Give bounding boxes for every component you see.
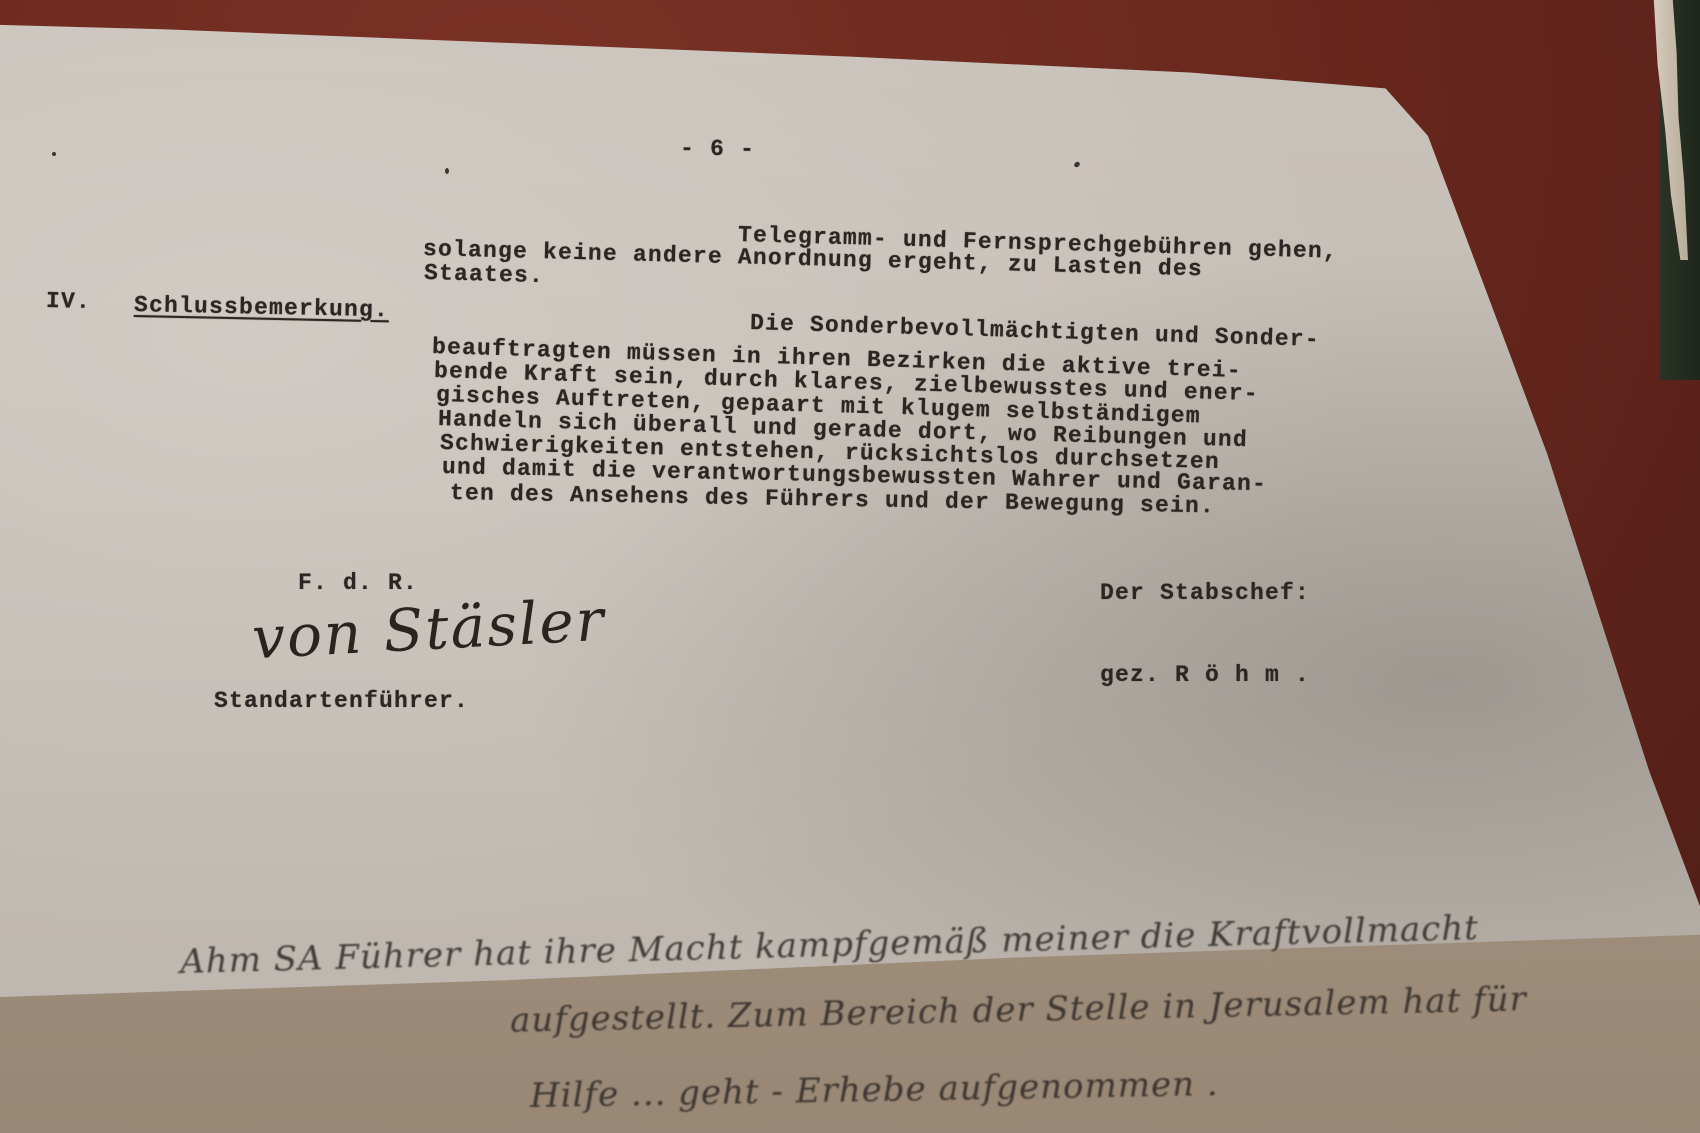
- signatory-rank: Standartenführer.: [214, 688, 469, 714]
- paper-speck: [52, 152, 56, 156]
- paper-speck: [445, 168, 449, 174]
- section-numeral: IV.: [46, 288, 92, 315]
- chief-of-staff-label: Der Stabschef:: [1100, 580, 1310, 606]
- signed-by: gez. R ö h m .: [1100, 662, 1310, 688]
- section-heading: Schlussbemerkung.: [134, 292, 390, 323]
- page-number: - 6 -: [680, 136, 755, 163]
- paragraph-line: Staates.: [424, 260, 545, 289]
- fdr-abbreviation: F. d. R.: [298, 570, 418, 596]
